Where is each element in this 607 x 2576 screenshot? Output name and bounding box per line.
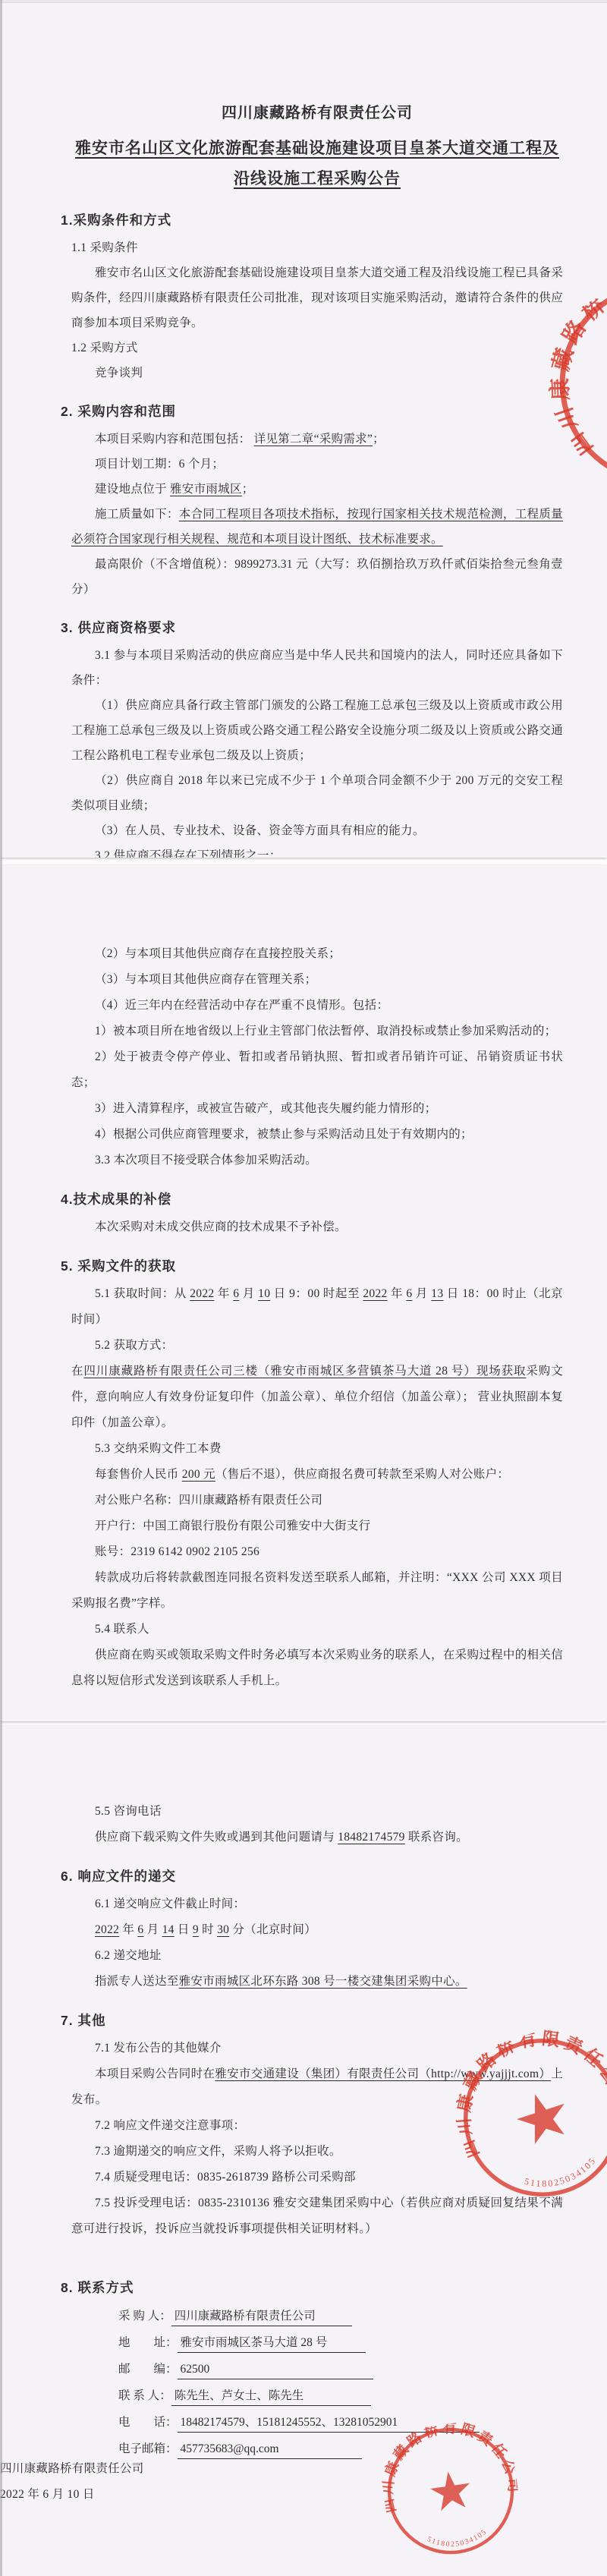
para-6-1-time: 2022 年 6 月 14 日 9 时 30 分（北京时间）: [71, 1917, 563, 1943]
heading-technical-compensation: 4.技术成果的补偿: [61, 1184, 563, 1214]
subheading-1-2: 1.2 采购方式: [71, 335, 563, 361]
para-3-3: 3.3 本次项目不接受联合体参加采购活动。: [71, 1148, 563, 1173]
para-3-2-4-4: 4）根据公司供应商管理要求，被禁止参与采购活动且处于有效期内的；: [71, 1122, 563, 1148]
phone-value: 18482174579、15181245552、13281052901: [178, 2414, 480, 2433]
document-page-3: 5.5 咨询电话 供应商下载采购文件失败或遇到其他问题请与 1848217457…: [0, 1726, 607, 2576]
para-location: 建设地点位于 雅安市雨城区；: [71, 477, 563, 502]
para-3-1-3: （3）在人员、专业技术、设备、资金等方面具有相应的能力。: [71, 818, 563, 843]
para-5-2-detail: 在四川康藏路桥有限责任公司三楼（雅安市雨城区多营镇茶马大道 28 号）现场获取采…: [71, 1359, 563, 1436]
para-7-5: 7.5 投诉受理电话：0835-2310136 雅安交建集团采购中心（若供应商对…: [71, 2190, 563, 2242]
para-7-1-detail: 本项目采购公告同时在雅安市交通建设（集团）有限责任公司（http://www.y…: [71, 2061, 563, 2113]
contact-row-purchaser: 采 购 人：四川康藏路桥有限责任公司: [71, 2303, 563, 2329]
para-5-1: 5.1 获取时间：从 2022 年 6 月 10 日 9：00 时起至 2022…: [71, 1281, 563, 1333]
contact-row-address: 地 址：雅安市雨城区茶马大道 28 号: [71, 2329, 563, 2356]
para-5-5: 5.5 咨询电话: [71, 1799, 563, 1825]
para-3-2-4-2: 2）处于被责令停产停业、暂扣或者吊销执照、暂扣或者吊销许可证、吊销资质证书状态；: [71, 1044, 563, 1096]
para-7-2: 7.2 响应文件递交注意事项：: [71, 2113, 563, 2139]
para-3-1-1: （1）供应商应具备行政主管部门颁发的公路工程施工总承包三级及以上资质或市政公用工…: [71, 693, 563, 768]
para-transfer-note: 转款成功后将转款截图连同报名资料发送至联系人邮箱，并注明：“XXX 公司 XXX…: [71, 1565, 563, 1617]
para-duration: 项目计划工期：6 个月；: [71, 452, 563, 477]
company-title: 四川康藏路桥有限责任公司: [71, 102, 563, 124]
address-value: 雅安市雨城区茶马大道 28 号: [178, 2334, 366, 2353]
purchaser-value: 四川康藏路桥有限责任公司: [171, 2307, 352, 2326]
para-5-3-detail: 每套售价人民币 200 元（售后不退），供应商报名费可转款至采购人对公账户：: [71, 1462, 563, 1488]
para-quality: 施工质量如下：本合同工程项目各项技术指标，按现行国家相关技术规范检测，工程质量必…: [71, 502, 563, 552]
announcement-title: 雅安市名山区文化旅游配套基础设施建设项目皇茶大道交通工程及沿线设施工程采购公告: [71, 134, 563, 194]
scanned-procurement-announcement: { "stamp": { "company": "四川康藏路桥有限责任公司", …: [0, 0, 607, 2576]
signature-date: 2022 年 6 月 10 日: [0, 2482, 493, 2508]
heading-document-acquisition: 5. 采购文件的获取: [61, 1251, 563, 1281]
para-scope: 本项目采购内容和范围包括： 详见第二章“采购需求”；: [71, 427, 563, 452]
signature-company: 四川康藏路桥有限责任公司: [0, 2456, 493, 2482]
para-7-1: 7.1 发布公告的其他媒介: [71, 2036, 563, 2061]
document-page-2: （2）与本项目其他供应商存在直接控股关系； （3）与本项目其他供应商存在管理关系…: [0, 865, 607, 1721]
zip-value: 62500: [178, 2360, 373, 2379]
para-account-number: 账号：2319 6142 0902 2105 256: [71, 1539, 563, 1565]
para-6-2-detail: 指派专人送达至雅安市雨城区北环东路 308 号一楼交建集团采购中心。: [71, 1969, 563, 1995]
para-5-4-detail: 供应商在购买或领取采购文件时务必填写本次采购业务的联系人，在采购过程中的相关信息…: [71, 1642, 563, 1694]
para-account-name: 对公账户名称：四川康藏路桥有限责任公司: [71, 1488, 563, 1513]
para-6-2: 6.2 递交地址: [71, 1943, 563, 1969]
para-3-1: 3.1 参与本项目采购活动的供应商应当是中华人民共和国境内的法人，同时还应具备如…: [71, 643, 563, 693]
para-bank: 开户行：中国工商银行股份有限公司雅安中大街支行: [71, 1513, 563, 1539]
para-3-2-3: （3）与本项目其他供应商存在管理关系；: [71, 967, 563, 993]
heading-response-submission: 6. 响应文件的递交: [61, 1861, 563, 1891]
para-method: 竞争谈判: [71, 361, 563, 386]
para-7-4: 7.4 质疑受理电话：0835-2618739 路桥公司采购部: [71, 2165, 563, 2190]
para-3-2-4-1: 1）被本项目所在地省级以上行业主管部门依法暂停、取消投标或禁止参加采购活动的；: [71, 1019, 563, 1044]
heading-procurement-conditions: 1.采购条件和方式: [61, 205, 563, 235]
signature-block: 四川康藏路桥有限责任公司 2022 年 6 月 10 日: [0, 2456, 493, 2508]
heading-supplier-qualification: 3. 供应商资格要求: [61, 613, 563, 643]
svg-text:5118025034105: 5118025034105: [425, 2527, 490, 2552]
para-3-1-2: （2）供应商自 2018 年以来已完成不少于 1 个单项合同金额不少于 200 …: [71, 768, 563, 818]
para-max-price: 最高限价（不含增值税）：9899273.31 元（大写：玖佰捌拾玖万玖仟贰佰柒拾…: [71, 552, 563, 602]
para-3-2-2: （2）与本项目其他供应商存在直接控股关系；: [71, 941, 563, 967]
para-7-3: 7.3 逾期递交的响应文件，采购人将予以拒收。: [71, 2139, 563, 2165]
para-conditions: 雅安市名山区文化旅游配套基础设施建设项目皇茶大道交通工程及沿线设施工程已具备采购…: [71, 260, 563, 335]
page-gap: [0, 858, 607, 865]
heading-scope: 2. 采购内容和范围: [61, 396, 563, 427]
heading-others: 7. 其他: [61, 2005, 563, 2036]
para-6-1: 6.1 递交响应文件截止时间：: [71, 1891, 563, 1917]
para-5-5-detail: 供应商下载采购文件失败或遇到其他问题请与 18482174579 联系咨询。: [71, 1825, 563, 1850]
document-page-1: 四川康藏路桥有限责任公司 雅安市名山区文化旅游配套基础设施建设项目皇茶大道交通工…: [0, 3, 607, 858]
para-5-4: 5.4 联系人: [71, 1617, 563, 1642]
para-compensation: 本次采购对未成交供应商的技术成果不予补偿。: [71, 1214, 563, 1240]
person-value: 陈先生、芦女士、陈先生: [171, 2387, 371, 2406]
contact-row-zip: 邮 编：62500: [71, 2356, 563, 2382]
para-3-2-4: （4）近三年内在经营活动中存在严重不良情形。包括：: [71, 993, 563, 1019]
para-3-2-4-3: 3）进入清算程序，或被宣告破产，或其他丧失履约能力情形的；: [71, 1096, 563, 1122]
contact-row-person: 联 系 人：陈先生、芦女士、陈先生: [71, 2382, 563, 2409]
para-5-2: 5.2 获取方式：: [71, 1333, 563, 1359]
para-3-2: 3.2 供应商不得存在下列情形之一：: [71, 843, 563, 858]
heading-contact: 8. 联系方式: [61, 2272, 563, 2303]
para-5-3: 5.3 交纳采购文件工本费: [71, 1436, 563, 1462]
contact-row-phone: 电 话：18482174579、15181245552、13281052901: [71, 2409, 563, 2436]
subheading-1-1: 1.1 采购条件: [71, 235, 563, 260]
